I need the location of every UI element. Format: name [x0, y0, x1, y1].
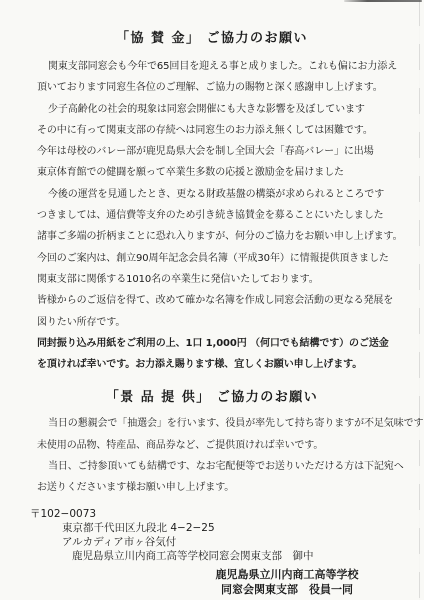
- signature-group: 同窓会関東支部 役員一同: [202, 583, 372, 598]
- address-street: 東京都千代田区九段北 4−2−25: [30, 521, 424, 535]
- signature: 鹿児島県立川内商工高等学校 同窓会関東支部 役員一同: [202, 568, 372, 597]
- body-line-remittance: を頂ければ幸いです。お力添え賜ります様、宜しくお願い申し上げます。: [37, 354, 394, 375]
- body-line: 諸事ご多端の折柄まことに恐れ入りますが、何分のご協力をお願い申し上げます。: [37, 226, 394, 247]
- body-line: 皆様からのご返信を得て、改めて確かな名簿を作成し同窓会活動の更なる発展を: [37, 290, 394, 311]
- body-line: 今後の運営を見通したとき、更なる財政基盤の構築が求められるところです: [37, 184, 394, 205]
- body-line: 図りたい所存です。: [37, 312, 394, 333]
- body-line: つきましては、通信費等支弁のため引き続き協賛金を募ることにいたしました: [37, 205, 394, 226]
- body-line: お送りくださいます様お願い申し上げます。: [37, 477, 394, 498]
- body-line-remittance: 同封振り込み用紙をご利用の上、1口 1,000円 （何口でも結構です）のご送金: [37, 333, 394, 354]
- body-line: 関東支部に関係する1010名の卒業生に発信いたしております。: [37, 269, 394, 290]
- scan-artifact-top-line: [344, 0, 422, 2]
- scan-artifact-right-edge: [419, 0, 420, 600]
- section1-body: 関東支部同窓会も今年で65回目を迎える事と成りました。これも偏にお力添え 頂いて…: [0, 56, 424, 375]
- signature-school: 鹿児島県立川内商工高等学校: [202, 568, 372, 583]
- body-line: 当日の懇親会で「抽選会」を行います、役員が率先して持ち寄りますが不足気味です: [37, 413, 394, 434]
- body-line: 東京体育館での健闘を願って卒業生多数の応援と激励金を届けました: [37, 162, 394, 183]
- body-line: 今年は母校のバレー部が鹿児島県大会を制し全国大会「春高バレー」に出場: [37, 141, 394, 162]
- section2-body: 当日の懇親会で「抽選会」を行います、役員が率先して持ち寄りますが不足気味です 未…: [0, 413, 424, 498]
- body-line: 当日、ご持参頂いても結構です、なお宅配便等でお送りいただける方は下記宛へ: [37, 456, 394, 477]
- mailing-address: 〒102−0073 東京都千代田区九段北 4−2−25 アルカディア市ヶ谷気付 …: [0, 507, 424, 564]
- body-line: 未使用の品物、特産品、商品券など、ご提供頂ければ幸いです。: [37, 435, 394, 456]
- body-line: その中に有って関東支部の存続へは同窓生のお力添え無くしては困難です。: [37, 120, 394, 141]
- postal-code: 〒102−0073: [30, 507, 424, 521]
- body-line: 関東支部同窓会も今年で65回目を迎える事と成りました。これも偏にお力添え: [37, 56, 394, 77]
- document-page: 「協 賛 金」 ご協力のお願い 関東支部同窓会も今年で65回目を迎える事と成りま…: [0, 0, 424, 600]
- body-line: 今回のご案内は、創立90周年記念会員名簿（平成30年）に情報提供頂きました: [37, 248, 394, 269]
- section1-title: 「協 賛 金」 ご協力のお願い: [0, 30, 424, 48]
- body-line: 頂いております同窓生各位のご理解、ご協力の賜物と深く感謝申し上げます。: [37, 77, 394, 98]
- section2-title: 「景 品 提 供」 ご協力のお願い: [0, 389, 424, 407]
- body-line: 少子高齢化の社会的現象は同窓会開催にも大きな影響を及ぼしています: [37, 99, 394, 120]
- address-building: アルカディア市ヶ谷気付: [30, 535, 424, 549]
- address-recipient: 鹿児島県立川内商工高等学校同窓会関東支部 御中: [30, 549, 424, 563]
